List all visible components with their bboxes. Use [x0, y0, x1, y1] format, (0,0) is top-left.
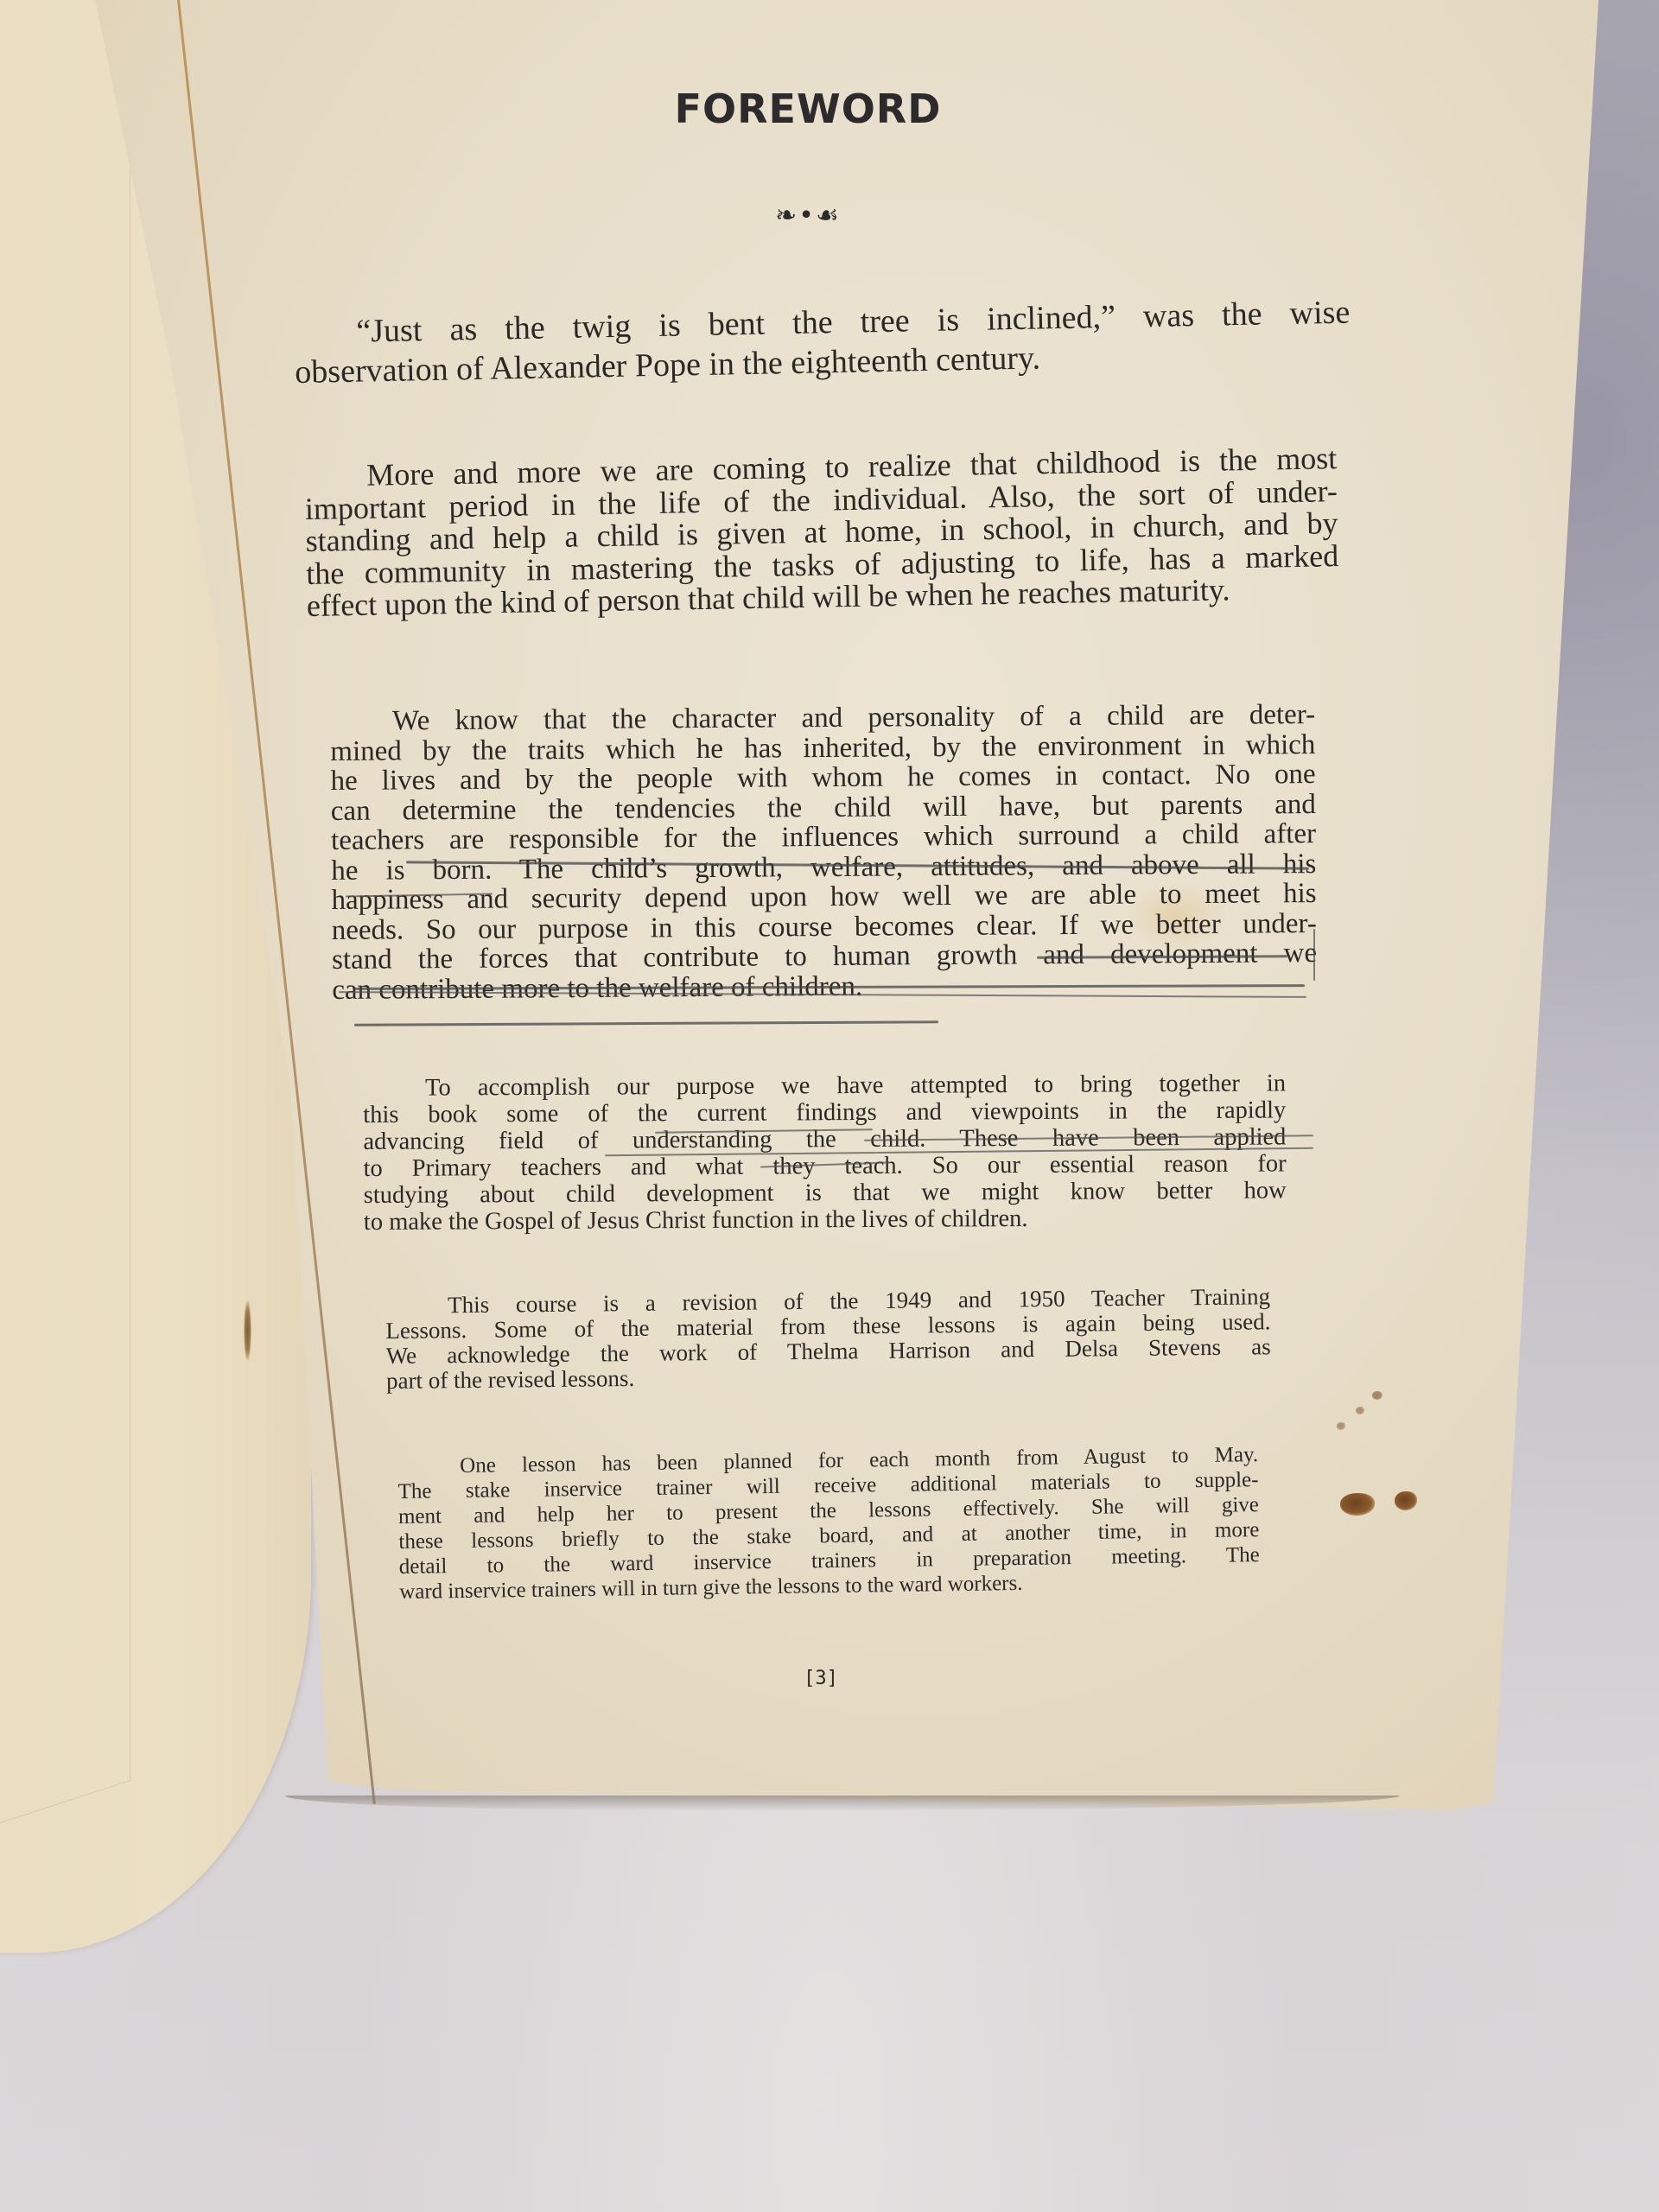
fleuron-ornament-icon: ❧•☙: [0, 200, 1616, 231]
gutter-tear-mark: [244, 1300, 251, 1361]
text-line: to make the Gospel of Jesus Christ funct…: [364, 1204, 1287, 1236]
text-line: studying about child development is that…: [364, 1177, 1287, 1209]
paragraph-lesson-schedule: One lesson has been planned for each mon…: [397, 1442, 1260, 1605]
page-number: [3]: [0, 1668, 1642, 1689]
pencil-margin-mark: [1313, 929, 1315, 981]
paragraph-childhood-importance: More and more we are coming to realize t…: [304, 442, 1339, 622]
page-title: FOREWORD: [0, 86, 1616, 132]
paragraph-character-personality: We know that the character and personali…: [330, 700, 1317, 1005]
paragraph-revision: This course is a revision of the 1949 an…: [385, 1284, 1271, 1394]
left-page-frame-line: [0, 138, 130, 1823]
